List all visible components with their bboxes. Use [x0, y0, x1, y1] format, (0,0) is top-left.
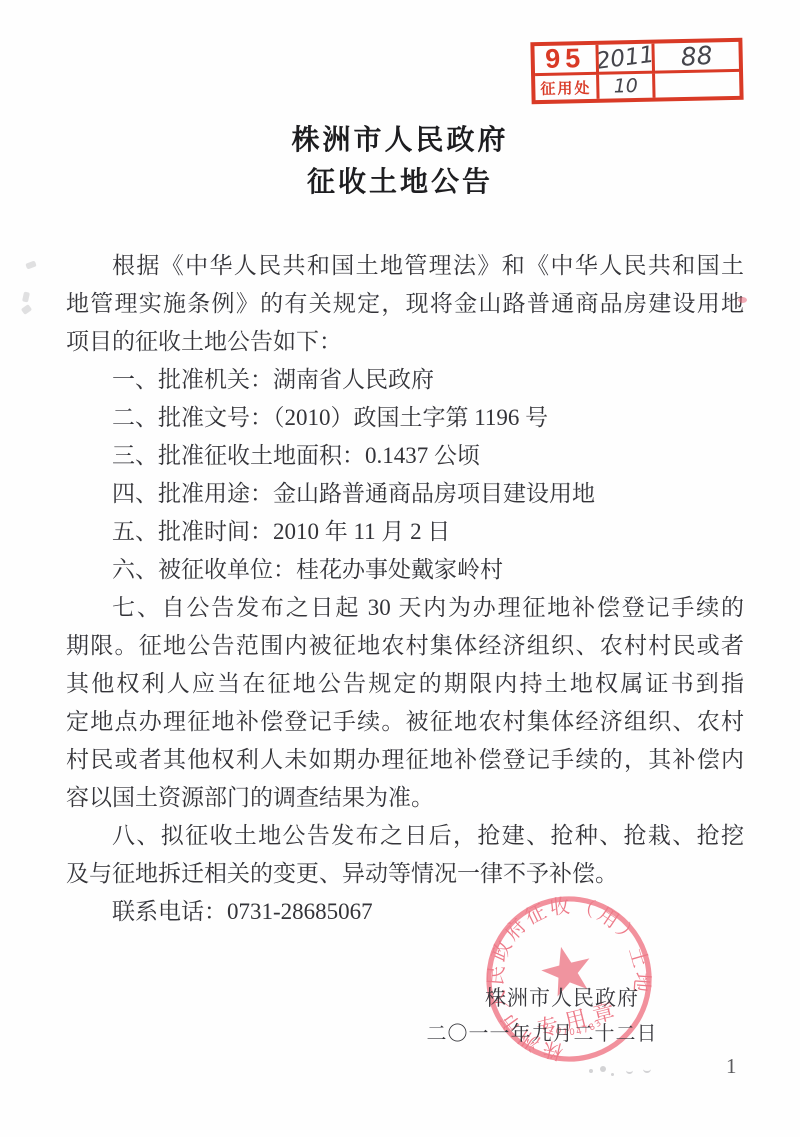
title-line-authority: 株洲市人民政府 [0, 120, 800, 162]
scan-smudge [643, 1066, 651, 1073]
body-line: 一、批准机关：湖南省人民政府 [66, 361, 744, 399]
body-line: 其他权利人应当在征地公告规定的期限内持土地权属证书到指 [66, 665, 744, 703]
body-line: 期限。征地公告范围内被征地农村集体经济组织、农村村民或者 [66, 627, 744, 665]
scan-mark-pink [738, 297, 747, 303]
scan-smudge [589, 1069, 593, 1073]
stamp-number-handwritten: 88 [654, 42, 739, 74]
scan-mark [25, 260, 36, 269]
body-line: 八、拟征收土地公告发布之日后，抢建、抢种、抢栽、抢挖 [66, 817, 744, 855]
scan-mark [21, 304, 32, 315]
document-body: 根据《中华人民共和国土地管理法》和《中华人民共和国土地管理实施条例》的有关规定，… [66, 247, 744, 931]
scan-smudge [600, 1066, 606, 1072]
body-line: 项目的征收土地公告如下： [66, 323, 744, 361]
body-line: 定地点办理征地补偿登记手续。被征地农村集体经济组织、农村 [66, 703, 744, 741]
scan-smudge [611, 1073, 614, 1076]
stamp-year-handwritten: 2011 [598, 44, 655, 75]
body-line: 根据《中华人民共和国土地管理法》和《中华人民共和国土 [66, 247, 744, 285]
body-line: 二、批准文号：（2010）政国土字第 1196 号 [66, 399, 744, 437]
registry-stamp: 95 2011 88 征用处 10 [530, 38, 743, 104]
body-line: 七、自公告发布之日起 30 天内为办理征地补偿登记手续的 [66, 589, 744, 627]
body-line: 六、被征收单位：桂花办事处戴家岭村 [66, 551, 744, 589]
body-line: 村民或者其他权利人未如期办理征地补偿登记手续的，其补偿内 [66, 741, 744, 779]
body-line: 容以国土资源部门的调查结果为准。 [66, 779, 744, 817]
stamp-office-label: 征用处 [535, 75, 599, 100]
title-line-subject: 征收土地公告 [0, 162, 800, 204]
body-line: 地管理实施条例》的有关规定，现将金山路普通商品房建设用地 [66, 285, 744, 323]
body-line: 三、批准征收土地面积：0.1437 公顷 [66, 437, 744, 475]
body-line: 及与征地拆迁相关的变更、异动等情况一律不予补偿。 [66, 855, 744, 893]
body-line: 四、批准用途：金山路普通商品房项目建设用地 [66, 475, 744, 513]
scan-mark [22, 291, 30, 302]
stamp-month-handwritten: 10 [599, 74, 655, 99]
body-line: 五、批准时间：2010 年 11 月 2 日 [66, 513, 744, 551]
document-title: 株洲市人民政府 征收土地公告 [0, 120, 800, 204]
scan-smudge [626, 1068, 633, 1074]
stamp-empty-cell [655, 72, 739, 98]
signature-authority: 株洲市人民政府 [472, 982, 652, 1012]
scanned-document-page: 95 2011 88 征用处 10 株洲市人民政府 征收土地公告 根据《中华人民… [0, 0, 800, 1137]
page-number: 1 [726, 1054, 737, 1079]
stamp-serial-number: 95 [534, 45, 599, 76]
signature-date: 二〇一一年九月二十二日 [422, 1017, 662, 1046]
